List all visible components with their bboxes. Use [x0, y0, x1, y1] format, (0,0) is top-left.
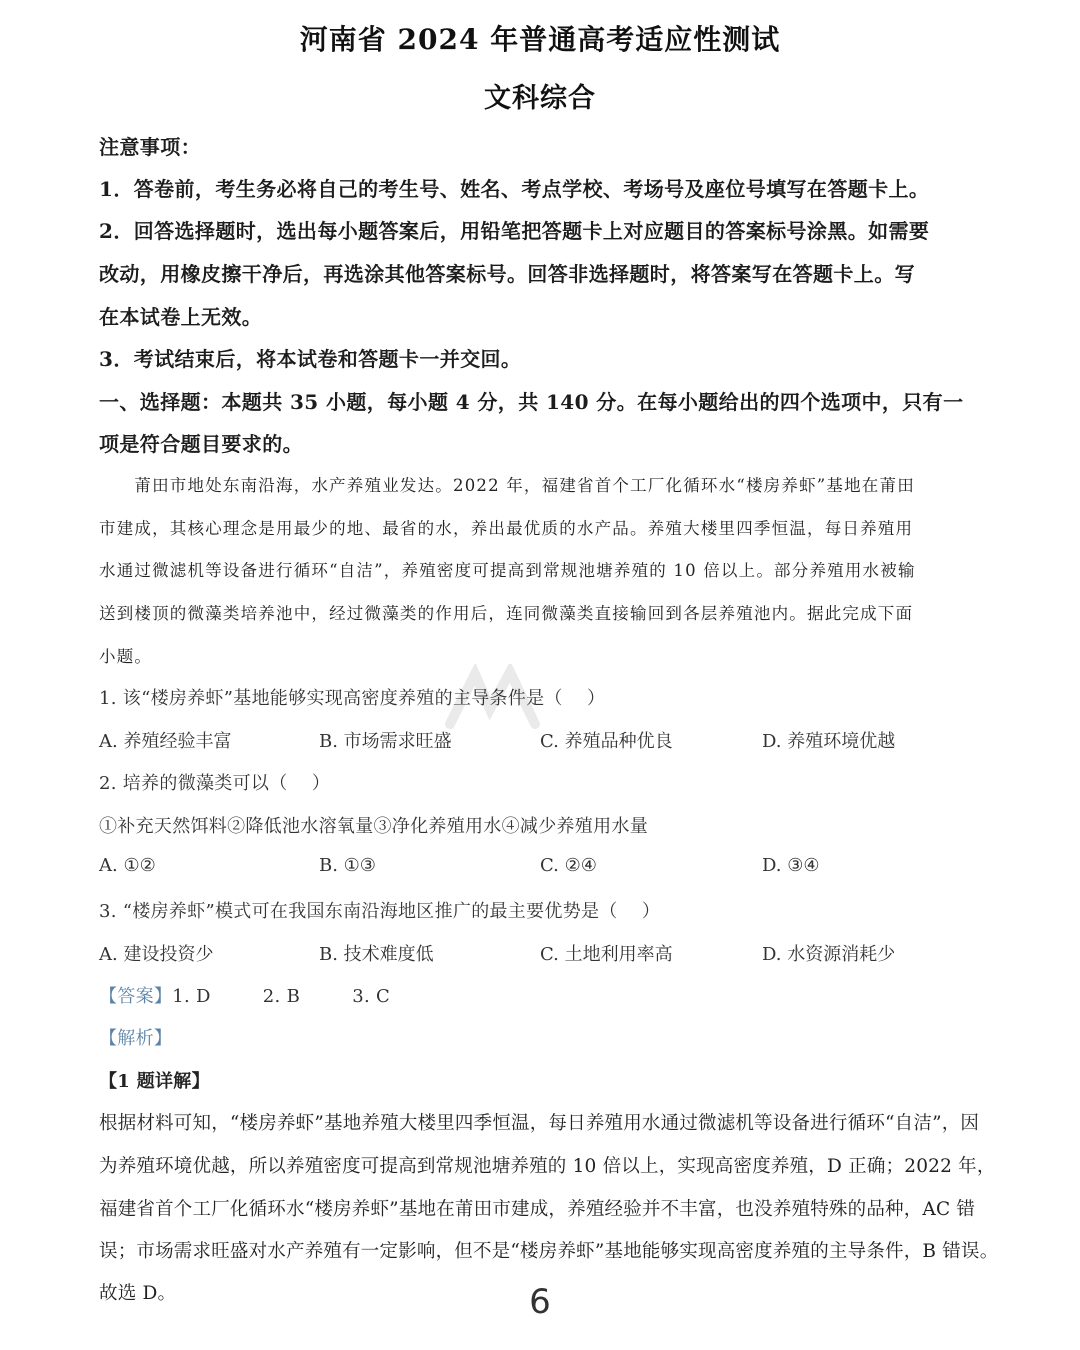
- question-1-stem: 1. 该“楼房养虾”基地能够实现高密度养殖的主导条件是（ ）: [99, 684, 605, 710]
- question-1-option-d: D. 养殖环境优越: [762, 727, 895, 753]
- question-1-option-c: C. 养殖品种优良: [540, 727, 673, 753]
- exam-subtitle: 文科综合: [0, 76, 1080, 115]
- explanation-line-1: 根据材料可知，“楼房养虾”基地养殖大楼里四季恒温，每日养殖用水通过微滤机等设备进…: [99, 1109, 979, 1135]
- answer-label: 【答案】: [99, 986, 172, 1007]
- analysis-label: 【解析】: [99, 1024, 172, 1050]
- explanation-line-3: 福建省首个工厂化循环水“楼房养虾”基地在莆田市建成，养殖经验并不丰富，也没养殖特…: [99, 1195, 975, 1221]
- passage-line-5: 小题。: [99, 643, 152, 667]
- passage-line-2: 市建成，其核心理念是用最少的地、最省的水，养出最优质的水产品。养殖大楼里四季恒温…: [99, 515, 913, 539]
- question-2-option-b: B. ①③: [319, 855, 376, 876]
- question-2-option-d: D. ③④: [762, 855, 820, 876]
- notice-heading: 注意事项：: [99, 131, 201, 160]
- explanation-line-4: 误；市场需求旺盛对水产养殖有一定影响，但不是“楼房养虾”基地能够实现高密度养殖的…: [99, 1237, 998, 1263]
- question-2-statements: ①补充天然饵料②降低池水溶氧量③净化养殖用水④减少养殖用水量: [99, 812, 648, 838]
- exam-page: 河南省 2024 年普通高考适应性测试 文科综合 注意事项： 1．答卷前，考生务…: [0, 0, 1080, 1350]
- question-1-option-a: A. 养殖经验丰富: [99, 727, 231, 753]
- question-2-option-c: C. ②④: [540, 855, 597, 876]
- notice-line-5: 3．考试结束后，将本试卷和答题卡一并交回。: [99, 343, 521, 372]
- section-line-1: 一、选择题：本题共 35 小题，每小题 4 分，共 140 分。在每小题给出的四…: [99, 386, 963, 415]
- notice-line-2: 2．回答选择题时，选出每小题答案后，用铅笔把答题卡上对应题目的答案标号涂黑。如需…: [99, 215, 929, 244]
- page-number: 6: [0, 1282, 1080, 1322]
- explanation-line-2: 为养殖环境优越，所以养殖密度可提高到常规池塘养殖的 10 倍以上，实现高密度养殖…: [99, 1152, 996, 1178]
- answer-item-1: 1. D: [172, 986, 211, 1007]
- notice-line-3: 改动，用橡皮擦干净后，再选涂其他答案标号。回答非选择题时，将答案写在答题卡上。写: [99, 258, 915, 287]
- question-3-option-c: C. 土地利用率高: [540, 940, 673, 966]
- question-3-stem: 3. “楼房养虾”模式可在我国东南沿海地区推广的最主要优势是（ ）: [99, 897, 660, 923]
- section-line-2: 项是符合题目要求的。: [99, 428, 303, 457]
- question-1-option-b: B. 市场需求旺盛: [319, 727, 452, 753]
- question-3-option-a: A. 建设投资少: [99, 940, 213, 966]
- question-2-stem: 2. 培养的微藻类可以（ ）: [99, 769, 330, 795]
- answer-row: 【答案】1. D 2. B 3. C: [99, 982, 390, 1008]
- question-3-option-b: B. 技术难度低: [319, 940, 434, 966]
- question-2-option-a: A. ①②: [99, 855, 156, 876]
- passage-line-3: 水通过微滤机等设备进行循环“自洁”，养殖密度可提高到常规池塘养殖的 10 倍以上…: [99, 557, 916, 581]
- notice-line-1: 1．答卷前，考生务必将自己的考生号、姓名、考点学校、考场号及座位号填写在答题卡上…: [99, 173, 929, 202]
- exam-title: 河南省 2024 年普通高考适应性测试: [0, 18, 1080, 58]
- passage-line-4: 送到楼顶的微藻类培养池中，经过微藻类的作用后，连同微藻类直接输回到各层养殖池内。…: [99, 600, 913, 624]
- answer-item-2: 2. B: [263, 986, 300, 1007]
- question-3-option-d: D. 水资源消耗少: [762, 940, 895, 966]
- notice-line-4: 在本试卷上无效。: [99, 301, 262, 330]
- answer-item-3: 3. C: [352, 986, 390, 1007]
- detail-heading: 【1 题详解】: [99, 1067, 210, 1093]
- passage-line-1: 莆田市地处东南沿海，水产养殖业发达。2022 年，福建省首个工厂化循环水“楼房养…: [99, 472, 915, 496]
